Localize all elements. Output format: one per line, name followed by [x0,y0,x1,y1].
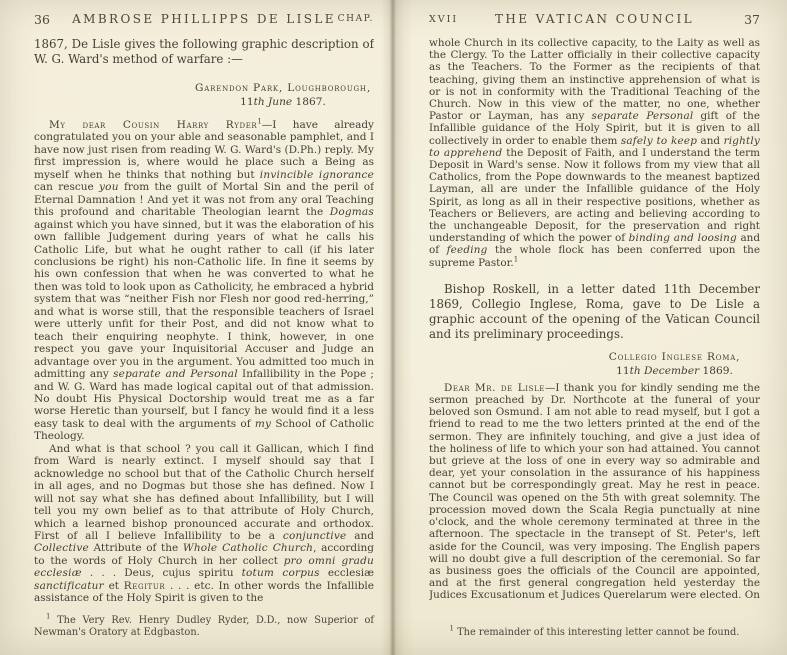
letter-paragraph: My dear Cousin Harry Ryder1—I have alrea… [34,119,374,443]
right-page-body: whole Church in its collective capacity,… [429,37,760,603]
letter-continuation-paragraph: whole Church in its collective capacity,… [429,37,760,269]
dateline-date: 11th June 1867. [192,95,374,109]
right-page-header: XVII THE VATICAN COUNCIL 37 [429,12,760,28]
right-footnote: 1 The remainder of this interesting lett… [429,627,760,639]
letter-paragraph: And what is that school ? you call it Ga… [34,443,374,603]
right-letter-dateline: Collegio Inglese Roma, 11th December 186… [589,350,760,378]
letter-paragraph: Dear Mr. de Lisle—I thank you for kindly… [429,382,760,603]
left-letter-dateline: Garendon Park, Loughborough, 11th June 1… [192,81,374,109]
intro-paragraph: 1867, De Lisle gives the following graph… [34,37,374,67]
left-running-head: AMBROSE PHILLIPPS DE LISLE [34,12,374,26]
narrative-paragraph: Bishop Roskell, in a letter dated 11th D… [429,282,760,342]
right-running-head: THE VATICAN COUNCIL [429,12,760,26]
left-page-header: 36 AMBROSE PHILLIPPS DE LISLE CHAP. [34,12,374,28]
left-page: 36 AMBROSE PHILLIPPS DE LISLE CHAP. 1867… [0,0,393,655]
left-page-body: 1867, De Lisle gives the following graph… [34,37,374,603]
right-folio-number: 37 [744,12,760,27]
left-footnote: 1 The Very Rev. Henry Dudley Ryder, D.D.… [34,615,374,639]
left-chapter-mark: CHAP. [338,14,374,24]
dateline-place: Garendon Park, Loughborough, [192,81,374,95]
dateline-place: Collegio Inglese Roma, [589,350,760,364]
right-page: XVII THE VATICAN COUNCIL 37 whole Church… [393,0,787,655]
book-spread: 36 AMBROSE PHILLIPPS DE LISLE CHAP. 1867… [0,0,787,655]
dateline-date: 11th December 1869. [589,364,760,378]
